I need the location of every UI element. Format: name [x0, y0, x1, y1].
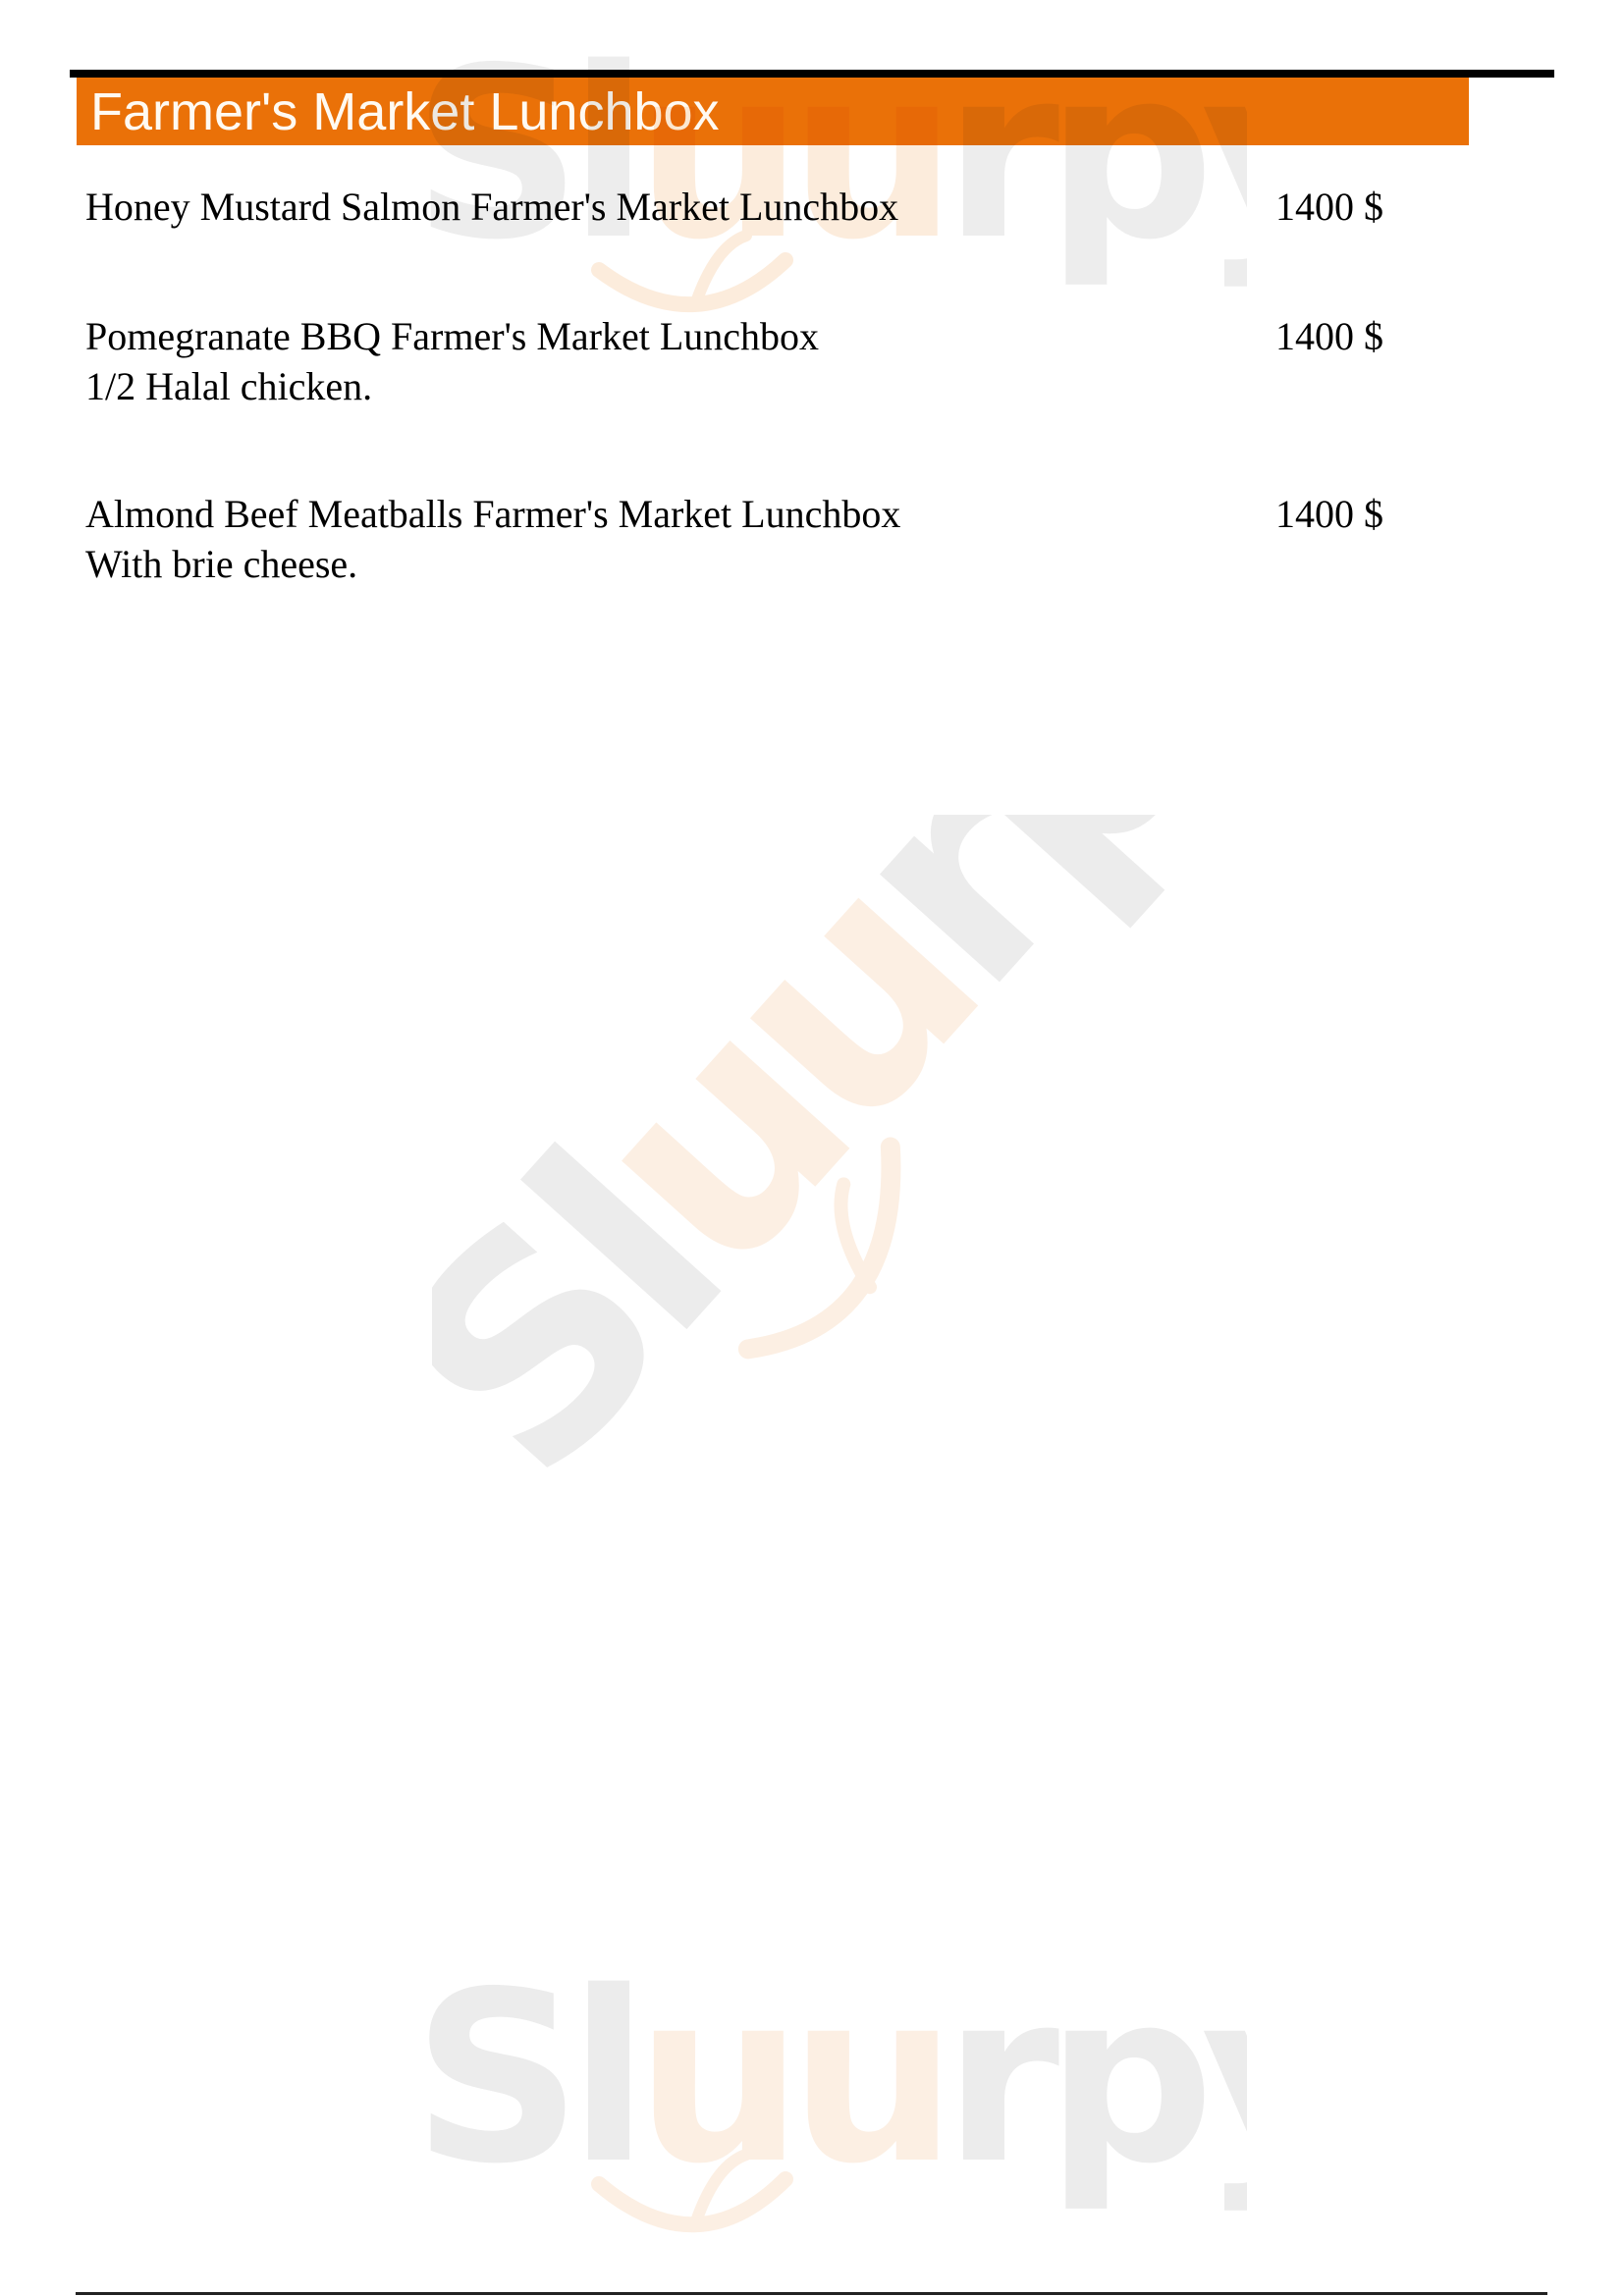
svg-text:Sluurpy: Sluurpy — [412, 1973, 1247, 2216]
watermark-text-sl: Sl — [412, 1973, 635, 2216]
watermark-text-sl: Sl — [432, 1103, 778, 1539]
smile-swirl-icon — [599, 2179, 785, 2224]
smile-swirl-icon — [599, 260, 785, 304]
menu-item: Honey Mustard Salmon Farmer's Market Lun… — [85, 182, 1391, 232]
smile-swirl-icon — [727, 1148, 945, 1378]
watermark-logo: Sluurpy — [403, 1973, 1247, 2258]
section-header: Farmer's Market Lunchbox — [77, 78, 1469, 145]
watermark-text-uu: uu — [635, 1973, 944, 2216]
item-name: Honey Mustard Salmon Farmer's Market Lun… — [85, 182, 1391, 232]
item-description: With brie cheese. — [85, 539, 1391, 589]
item-price: 1400 $ — [1275, 489, 1383, 539]
watermark-logo: Sluurpy — [432, 815, 1198, 1561]
top-rule — [70, 70, 1554, 78]
menu-item: Pomegranate BBQ Farmer's Market Lunchbox… — [85, 311, 1391, 411]
watermark-text-rpy: rpy — [944, 1973, 1247, 2216]
watermark-text-uu: uu — [523, 818, 1035, 1332]
item-price: 1400 $ — [1275, 182, 1383, 232]
section-title: Farmer's Market Lunchbox — [90, 81, 720, 142]
bottom-rule — [76, 2292, 1547, 2295]
item-name: Almond Beef Meatballs Farmer's Market Lu… — [85, 489, 1391, 539]
watermark-text-rpy: rpy — [780, 815, 1198, 1047]
menu-item: Almond Beef Meatballs Farmer's Market Lu… — [85, 489, 1391, 589]
item-name: Pomegranate BBQ Farmer's Market Lunchbox — [85, 311, 1391, 361]
menu-page: Farmer's Market Lunchbox Honey Mustard S… — [0, 0, 1624, 2296]
svg-text:Sluurpy: Sluurpy — [432, 815, 1198, 1539]
item-description: 1/2 Halal chicken. — [85, 361, 1391, 411]
item-price: 1400 $ — [1275, 311, 1383, 361]
